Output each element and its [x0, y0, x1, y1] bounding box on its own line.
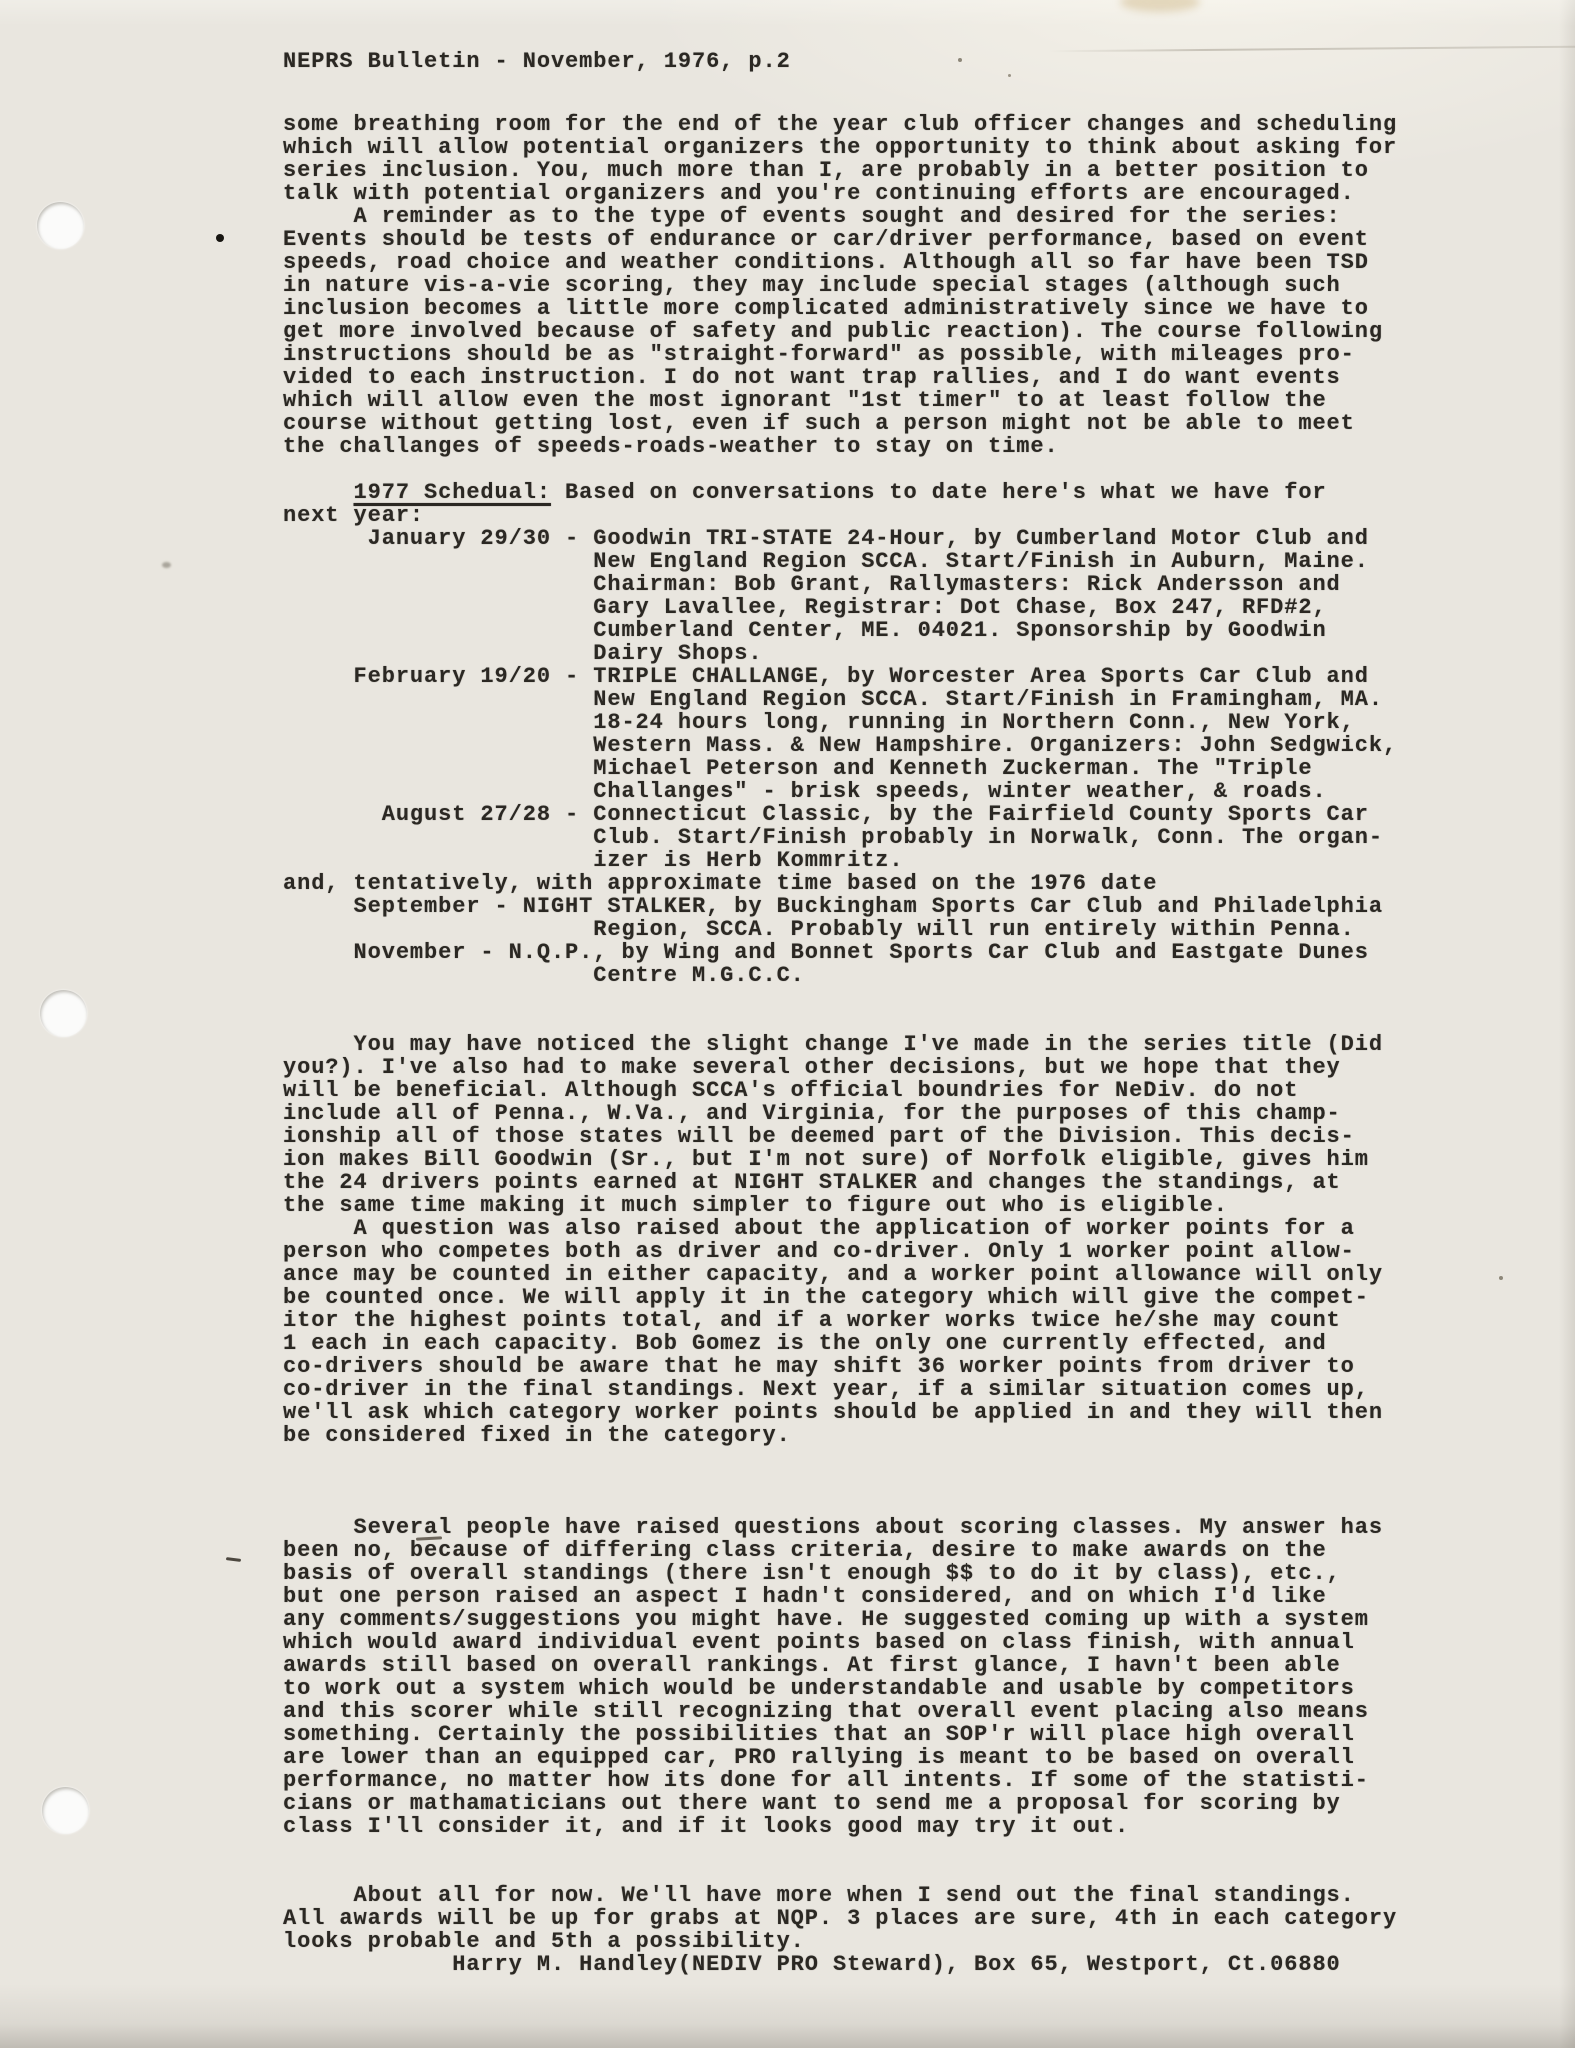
page-header: NEPRS Bulletin - November, 1976, p.2 [283, 50, 1397, 73]
worker-points-paragraph: A question was also raised about the app… [283, 1217, 1397, 1447]
schedule-heading-line: 1977 Schedual: Based on conversations to… [283, 481, 1397, 504]
hole-punch [42, 1787, 89, 1834]
schedule-entry-august: August 27/28 - Connecticut Classic, by t… [283, 803, 1397, 872]
schedule-heading-indent [283, 480, 354, 505]
ink-speck [216, 234, 224, 242]
paper-stain [1120, 0, 1200, 12]
series-title-paragraph: You may have noticed the slight change I… [283, 1033, 1397, 1217]
schedule-entry-september: September - NIGHT STALKER, by Buckingham… [283, 895, 1397, 941]
schedule-heading-continuation: next year: [283, 504, 1397, 527]
document-content: NEPRS Bulletin - November, 1976, p.2 som… [283, 50, 1397, 1976]
closing-paragraph: About all for now. We'll have more when … [283, 1884, 1397, 1953]
schedule-entry-november: November - N.Q.P., by Wing and Bonnet Sp… [283, 941, 1397, 987]
hole-punch [37, 202, 84, 249]
hole-punch [40, 990, 87, 1037]
signature-line: Harry M. Handley(NEDIV PRO Steward), Box… [283, 1953, 1397, 1976]
intro-paragraphs: some breathing room for the end of the y… [283, 113, 1397, 458]
schedule-entry-february: February 19/20 - TRIPLE CHALLANGE, by Wo… [283, 665, 1397, 803]
scoring-classes-paragraph: Several people have raised questions abo… [283, 1516, 1397, 1838]
paper-speck [1499, 1276, 1503, 1280]
schedule-tentative-note: and, tentatively, with approximate time … [283, 872, 1397, 895]
scanned-document-page: NEPRS Bulletin - November, 1976, p.2 som… [0, 0, 1575, 2048]
schedule-heading: 1977 Schedual: [354, 480, 551, 505]
schedule-heading-intro: Based on conversations to date here's wh… [551, 480, 1327, 505]
schedule-entry-january: January 29/30 - Goodwin TRI-STATE 24-Hou… [283, 527, 1397, 665]
pencil-dash-mark [226, 1557, 241, 1562]
margin-smudge [162, 562, 171, 568]
